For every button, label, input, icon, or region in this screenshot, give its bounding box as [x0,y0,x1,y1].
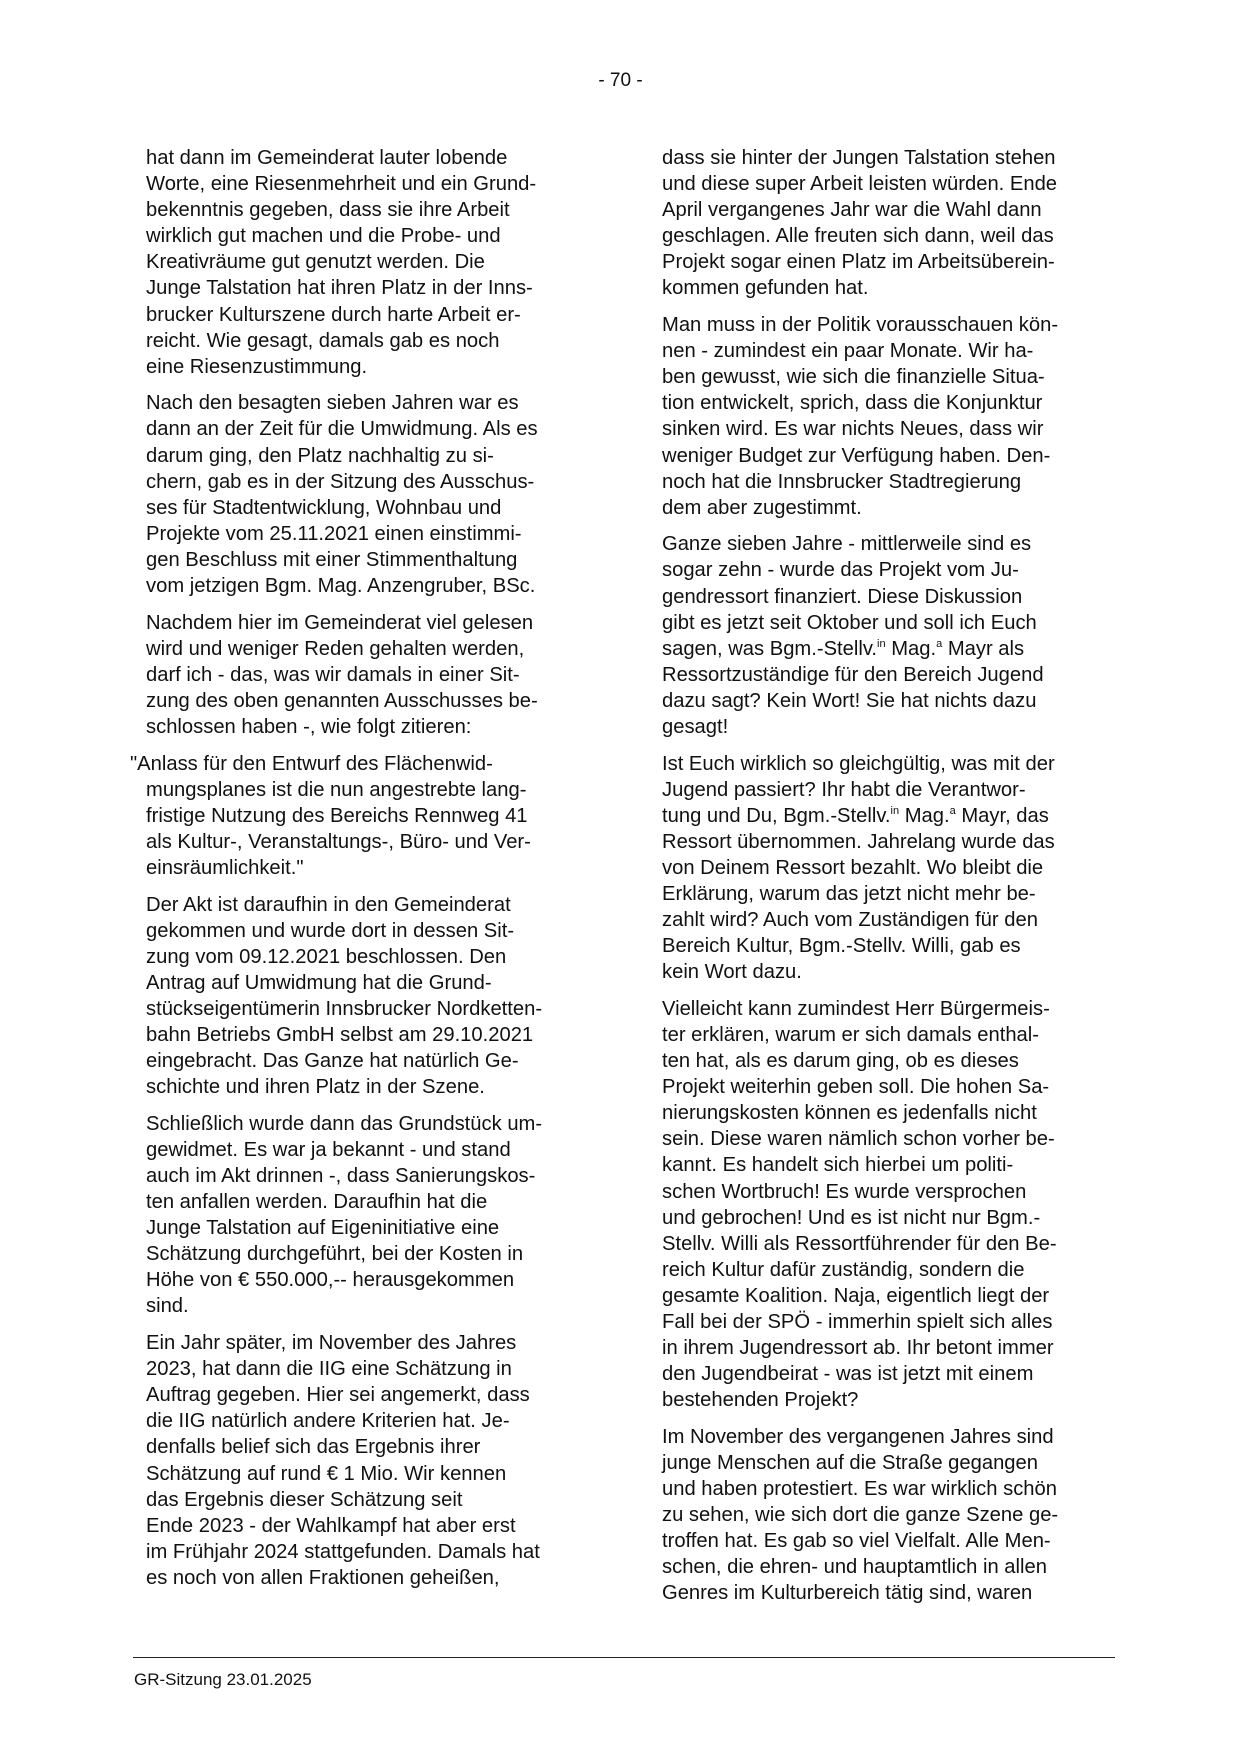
text-line: Antrag auf Umwidmung hat die Grund- [146,970,616,996]
text-line: Bereich Kultur, Bgm.-Stellv. Willi, gab … [662,933,1122,959]
text-line: kommen gefunden hat. [662,275,1122,301]
text-line: reich Kultur dafür zuständig, sondern di… [662,1257,1122,1283]
paragraph: Ganze sieben Jahre - mittlerweile sind e… [662,531,1122,740]
text-line: schlossen haben -, wie folgt zitieren: [146,714,616,740]
text-line: Stellv. Willi als Ressortführender für d… [662,1231,1122,1257]
text-line: gendressort finanziert. Diese Diskussion [662,584,1122,610]
text-line: zu sehen, wie sich dort die ganze Szene … [662,1502,1122,1528]
text-line: weniger Budget zur Verfügung haben. Den- [662,443,1122,469]
text-line: auch im Akt drinnen -, dass Sanierungsko… [146,1163,616,1189]
text-line: gekommen und wurde dort in dessen Sit- [146,918,616,944]
footer-session-date: GR-Sitzung 23.01.2025 [134,1670,312,1690]
text-line: einsräumlichkeit." [130,855,616,881]
text-line: Ist Euch wirklich so gleichgültig, was m… [662,751,1122,777]
text-line: ter erklären, warum er sich damals entha… [662,1022,1122,1048]
text-line: sogar zehn - wurde das Projekt vom Ju- [662,557,1122,583]
text-line: Projekt weiterhin geben soll. Die hohen … [662,1074,1122,1100]
text-line: denfalls belief sich das Ergebnis ihrer [146,1434,616,1460]
text-line: gen Beschluss mit einer Stimmenthaltung [146,547,616,573]
paragraph: Nach den besagten sieben Jahren war es d… [146,390,616,599]
text-line: von Deinem Ressort bezahlt. Wo bleibt di… [662,855,1122,881]
paragraph: Schließlich wurde dann das Grundstück um… [146,1111,616,1320]
text-line: dass sie hinter der Jungen Talstation st… [662,145,1122,171]
text-line: geschlagen. Alle freuten sich dann, weil… [662,223,1122,249]
text-line: Genres im Kulturbereich tätig sind, ware… [662,1580,1122,1606]
text-line: hat dann im Gemeinderat lauter lobende [146,145,616,171]
left-column: hat dann im Gemeinderat lauter lobende W… [146,145,616,1601]
text-line: Junge Talstation hat ihren Platz in der … [146,275,616,301]
text-line: Im November des vergangenen Jahres sind [662,1424,1122,1450]
text-line: eingebracht. Das Ganze hat natürlich Ge- [146,1048,616,1074]
page-number: - 70 - [0,70,1241,92]
text-line: schichte und ihren Platz in der Szene. [146,1074,616,1100]
text-line: sagen, was Bgm.-Stellv.in Mag.a Mayr als [662,636,1122,662]
text-line: gesamte Koalition. Naja, eigentlich lieg… [662,1283,1122,1309]
superscript: in [891,805,900,817]
text-line: junge Menschen auf die Straße gegangen [662,1450,1122,1476]
block-quote: "Anlass für den Entwurf des Flächenwid- … [130,751,616,881]
text-line: dem aber zugestimmt. [662,495,1122,521]
text-line: Auftrag gegeben. Hier sei angemerkt, das… [146,1382,616,1408]
text-line: sind. [146,1293,616,1319]
text-line: fristige Nutzung des Bereichs Rennweg 41 [130,803,616,829]
text-line: Ressortzuständige für den Bereich Jugend [662,662,1122,688]
paragraph: hat dann im Gemeinderat lauter lobende W… [146,145,616,380]
text-line: Ende 2023 - der Wahlkampf hat aber erst [146,1513,616,1539]
text-line: Ressort übernommen. Jahrelang wurde das [662,829,1122,855]
text-line: bahn Betriebs GmbH selbst am 29.10.2021 [146,1022,616,1048]
text-line: Nach den besagten sieben Jahren war es [146,390,616,416]
text-line: Erklärung, warum das jetzt nicht mehr be… [662,881,1122,907]
footer-divider [133,1657,1115,1658]
text-line: Ein Jahr später, im November des Jahres [146,1330,616,1356]
text-line: tung und Du, Bgm.-Stellv.in Mag.a Mayr, … [662,803,1122,829]
text-line: Schätzung auf rund € 1 Mio. Wir kennen [146,1461,616,1487]
text-line: Der Akt ist daraufhin in den Gemeinderat [146,892,616,918]
paragraph: Ist Euch wirklich so gleichgültig, was m… [662,751,1122,986]
text-line: schen Wortbruch! Es wurde versprochen [662,1179,1122,1205]
text-line: den Jugendbeirat - was ist jetzt mit ein… [662,1361,1122,1387]
text-line: Ganze sieben Jahre - mittlerweile sind e… [662,531,1122,557]
text-line: bestehenden Projekt? [662,1387,1122,1413]
text-line: darf ich - das, was wir damals in einer … [146,662,616,688]
text-line: schen, die ehren- und hauptamtlich in al… [662,1554,1122,1580]
text-line: reicht. Wie gesagt, damals gab es noch [146,328,616,354]
paragraph: dass sie hinter der Jungen Talstation st… [662,145,1122,302]
paragraph: Ein Jahr später, im November des Jahres … [146,1330,616,1591]
text-line: gesagt! [662,714,1122,740]
text-line: Man muss in der Politik vorausschauen kö… [662,312,1122,338]
text-line: sinken wird. Es war nichts Neues, dass w… [662,416,1122,442]
text-line: ses für Stadtentwicklung, Wohnbau und [146,495,616,521]
text-line: nen - zumindest ein paar Monate. Wir ha- [662,338,1122,364]
text-line: Kreativräume gut genutzt werden. Die [146,249,616,275]
text-line: gewidmet. Es war ja bekannt - und stand [146,1137,616,1163]
text-line: wirklich gut machen und die Probe- und [146,223,616,249]
text-line: Projekt sogar einen Platz im Arbeitsüber… [662,249,1122,275]
text-line: troffen hat. Es gab so viel Vielfalt. Al… [662,1528,1122,1554]
paragraph: Der Akt ist daraufhin in den Gemeinderat… [146,892,616,1101]
text-line: Vielleicht kann zumindest Herr Bürgermei… [662,996,1122,1022]
text-line: und gebrochen! Und es ist nicht nur Bgm.… [662,1205,1122,1231]
text-line: in ihrem Jugendressort ab. Ihr betont im… [662,1335,1122,1361]
text-line: dann an der Zeit für die Umwidmung. Als … [146,416,616,442]
text-line: noch hat die Innsbrucker Stadtregierung [662,469,1122,495]
superscript: in [877,638,886,650]
text-line: nierungskosten können es jedenfalls nich… [662,1100,1122,1126]
text-line: kannt. Es handelt sich hierbei um politi… [662,1152,1122,1178]
text-line: "Anlass für den Entwurf des Flächenwid- [130,751,616,777]
text-line: Fall bei der SPÖ - immerhin spielt sich … [662,1309,1122,1335]
text-line: April vergangenes Jahr war die Wahl dann [662,197,1122,223]
text-line: Höhe von € 550.000,-- herausgekommen [146,1267,616,1293]
text-line: dazu sagt? Kein Wort! Sie hat nichts daz… [662,688,1122,714]
text-line: stückseigentümerin Innsbrucker Nordkette… [146,996,616,1022]
text-line: Worte, eine Riesenmehrheit und ein Grund… [146,171,616,197]
paragraph: Nachdem hier im Gemeinderat viel gelesen… [146,610,616,740]
text-line: zahlt wird? Auch vom Zuständigen für den [662,907,1122,933]
text-line: Jugend passiert? Ihr habt die Verantwor- [662,777,1122,803]
text-line: vom jetzigen Bgm. Mag. Anzengruber, BSc. [146,573,616,599]
text-line: das Ergebnis dieser Schätzung seit [146,1487,616,1513]
text-line: Schließlich wurde dann das Grundstück um… [146,1111,616,1137]
text-line: Projekte vom 25.11.2021 einen einstimmi- [146,521,616,547]
text-line: eine Riesenzustimmung. [146,354,616,380]
text-line: wird und weniger Reden gehalten werden, [146,636,616,662]
text-line: ben gewusst, wie sich die finanzielle Si… [662,364,1122,390]
text-line: ten anfallen werden. Daraufhin hat die [146,1189,616,1215]
text-line: bekenntnis gegeben, dass sie ihre Arbeit [146,197,616,223]
text-line: ten hat, als es darum ging, ob es dieses [662,1048,1122,1074]
text-line: als Kultur-, Veranstaltungs-, Büro- und … [130,829,616,855]
text-line: Schätzung durchgeführt, bei der Kosten i… [146,1241,616,1267]
text-line: und haben protestiert. Es war wirklich s… [662,1476,1122,1502]
paragraph: Vielleicht kann zumindest Herr Bürgermei… [662,996,1122,1414]
text-line: zung vom 09.12.2021 beschlossen. Den [146,944,616,970]
text-line: und diese super Arbeit leisten würden. E… [662,171,1122,197]
text-line: die IIG natürlich andere Kriterien hat. … [146,1408,616,1434]
paragraph: Man muss in der Politik vorausschauen kö… [662,312,1122,521]
text-line: Nachdem hier im Gemeinderat viel gelesen [146,610,616,636]
text-line: im Frühjahr 2024 stattgefunden. Damals h… [146,1539,616,1565]
text-line: 2023, hat dann die IIG eine Schätzung in [146,1356,616,1382]
text-line: tion entwickelt, sprich, dass die Konjun… [662,390,1122,416]
text-line: kein Wort dazu. [662,959,1122,985]
text-line: zung des oben genannten Ausschusses be- [146,688,616,714]
text-line: es noch von allen Fraktionen geheißen, [146,1565,616,1591]
text-line: chern, gab es in der Sitzung des Ausschu… [146,469,616,495]
text-line: darum ging, den Platz nachhaltig zu si- [146,443,616,469]
text-line: mungsplanes ist die nun angestrebte lang… [130,777,616,803]
paragraph: Im November des vergangenen Jahres sind … [662,1424,1122,1607]
text-line: Junge Talstation auf Eigeninitiative ein… [146,1215,616,1241]
text-line: brucker Kulturszene durch harte Arbeit e… [146,302,616,328]
text-line: sein. Diese waren nämlich schon vorher b… [662,1126,1122,1152]
right-column: dass sie hinter der Jungen Talstation st… [662,145,1122,1617]
text-line: gibt es jetzt seit Oktober und soll ich … [662,610,1122,636]
